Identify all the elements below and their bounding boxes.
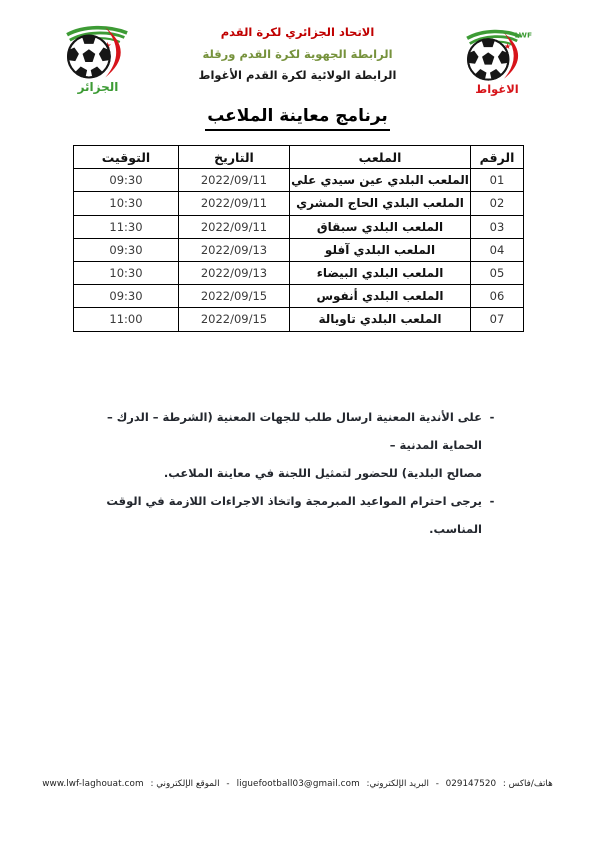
- row-date: 2022/09/11: [179, 169, 290, 192]
- col-header-time: التوقيت: [74, 146, 179, 169]
- row-number: 04: [471, 238, 524, 261]
- row-time: 11:30: [74, 215, 179, 238]
- col-header-number: الرقم: [471, 146, 524, 169]
- table-header-row: الرقم الملعب التاريخ التوقيت: [74, 146, 524, 169]
- row-time: 09:30: [74, 285, 179, 308]
- col-header-stadium: الملعب: [290, 146, 471, 169]
- row-stadium: الملعب البلدي عين سيدي علي: [290, 169, 471, 192]
- row-stadium: الملعب البلدي الحاج المشري: [290, 192, 471, 215]
- col-header-date: التاريخ: [179, 146, 290, 169]
- email-address: liguefootball03@gmail.com: [235, 779, 362, 789]
- row-stadium: الملعب البلدي آفلو: [290, 238, 471, 261]
- lwf-logo: LWF ★ الاغواط: [460, 26, 534, 96]
- row-date: 2022/09/13: [179, 238, 290, 261]
- row-date: 2022/09/15: [179, 308, 290, 331]
- lwf-logo-caption: الاغواط: [460, 82, 534, 96]
- website-url: www.lwf-laghouat.com: [40, 779, 145, 789]
- email-label: البريد الإلكتروني:: [365, 779, 431, 789]
- footer-separator: -: [224, 779, 231, 789]
- row-date: 2022/09/15: [179, 285, 290, 308]
- note-item: - يرجى احترام المواعيد المبرمجة واتخاذ ا…: [85, 487, 502, 543]
- row-time: 10:30: [74, 192, 179, 215]
- table-row: 05 الملعب البلدي البيضاء 2022/09/13 10:3…: [74, 261, 524, 284]
- inspection-schedule-table: الرقم الملعب التاريخ التوقيت 01 الملعب ا…: [73, 145, 524, 332]
- row-stadium: الملعب البلدي البيضاء: [290, 261, 471, 284]
- note-line: على الأندية المعنية ارسال طلب للجهات الم…: [85, 403, 482, 459]
- row-stadium: الملعب البلدي تاويالة: [290, 308, 471, 331]
- table-row: 01 الملعب البلدي عين سيدي علي 2022/09/11…: [74, 169, 524, 192]
- row-number: 05: [471, 261, 524, 284]
- row-date: 2022/09/13: [179, 261, 290, 284]
- row-number: 01: [471, 169, 524, 192]
- row-number: 07: [471, 308, 524, 331]
- table-row: 02 الملعب البلدي الحاج المشري 2022/09/11…: [74, 192, 524, 215]
- table-row: 07 الملعب البلدي تاويالة 2022/09/15 11:0…: [74, 308, 524, 331]
- note-text: على الأندية المعنية ارسال طلب للجهات الم…: [85, 403, 482, 487]
- lwf-ball-icon: LWF ★: [461, 26, 533, 84]
- row-time: 10:30: [74, 261, 179, 284]
- row-time: 09:30: [74, 238, 179, 261]
- row-time: 09:30: [74, 169, 179, 192]
- table-row: 04 الملعب البلدي آفلو 2022/09/13 09:30: [74, 238, 524, 261]
- phone-label: هاتف/فاكس :: [501, 779, 555, 789]
- note-item: - على الأندية المعنية ارسال طلب للجهات ا…: [85, 403, 502, 487]
- note-text: يرجى احترام المواعيد المبرمجة واتخاذ الا…: [85, 487, 482, 543]
- note-dash-marker: -: [482, 403, 502, 431]
- title-row: برنامج معاينة الملاعب: [0, 106, 595, 131]
- lwf-label: LWF: [515, 30, 532, 39]
- note-line: يرجى احترام المواعيد المبرمجة واتخاذ الا…: [85, 487, 482, 543]
- note-dash-marker: -: [482, 487, 502, 515]
- notes-section: - على الأندية المعنية ارسال طلب للجهات ا…: [85, 403, 502, 543]
- row-stadium: الملعب البلدي سبقاق: [290, 215, 471, 238]
- row-number: 02: [471, 192, 524, 215]
- row-time: 11:00: [74, 308, 179, 331]
- phone-number: 029147520: [444, 779, 498, 789]
- row-date: 2022/09/11: [179, 215, 290, 238]
- document-page: ★ الجزائر الاتحاد الجزائري لكرة القدم ال…: [0, 0, 595, 842]
- row-stadium: الملعب البلدي أنفوس: [290, 285, 471, 308]
- note-line: مصالح البلدية) للحضور لتمثيل اللجنة في م…: [85, 459, 482, 487]
- footer-separator: -: [434, 779, 441, 789]
- row-date: 2022/09/11: [179, 192, 290, 215]
- row-number: 06: [471, 285, 524, 308]
- page-title: برنامج معاينة الملاعب: [205, 106, 390, 131]
- footer-contact-line: هاتف/فاكس : 029147520 - البريد الإلكترون…: [0, 779, 595, 789]
- row-number: 03: [471, 215, 524, 238]
- table-row: 03 الملعب البلدي سبقاق 2022/09/11 11:30: [74, 215, 524, 238]
- table-row: 06 الملعب البلدي أنفوس 2022/09/15 09:30: [74, 285, 524, 308]
- website-label: الموقع الإلكتروني :: [148, 779, 221, 789]
